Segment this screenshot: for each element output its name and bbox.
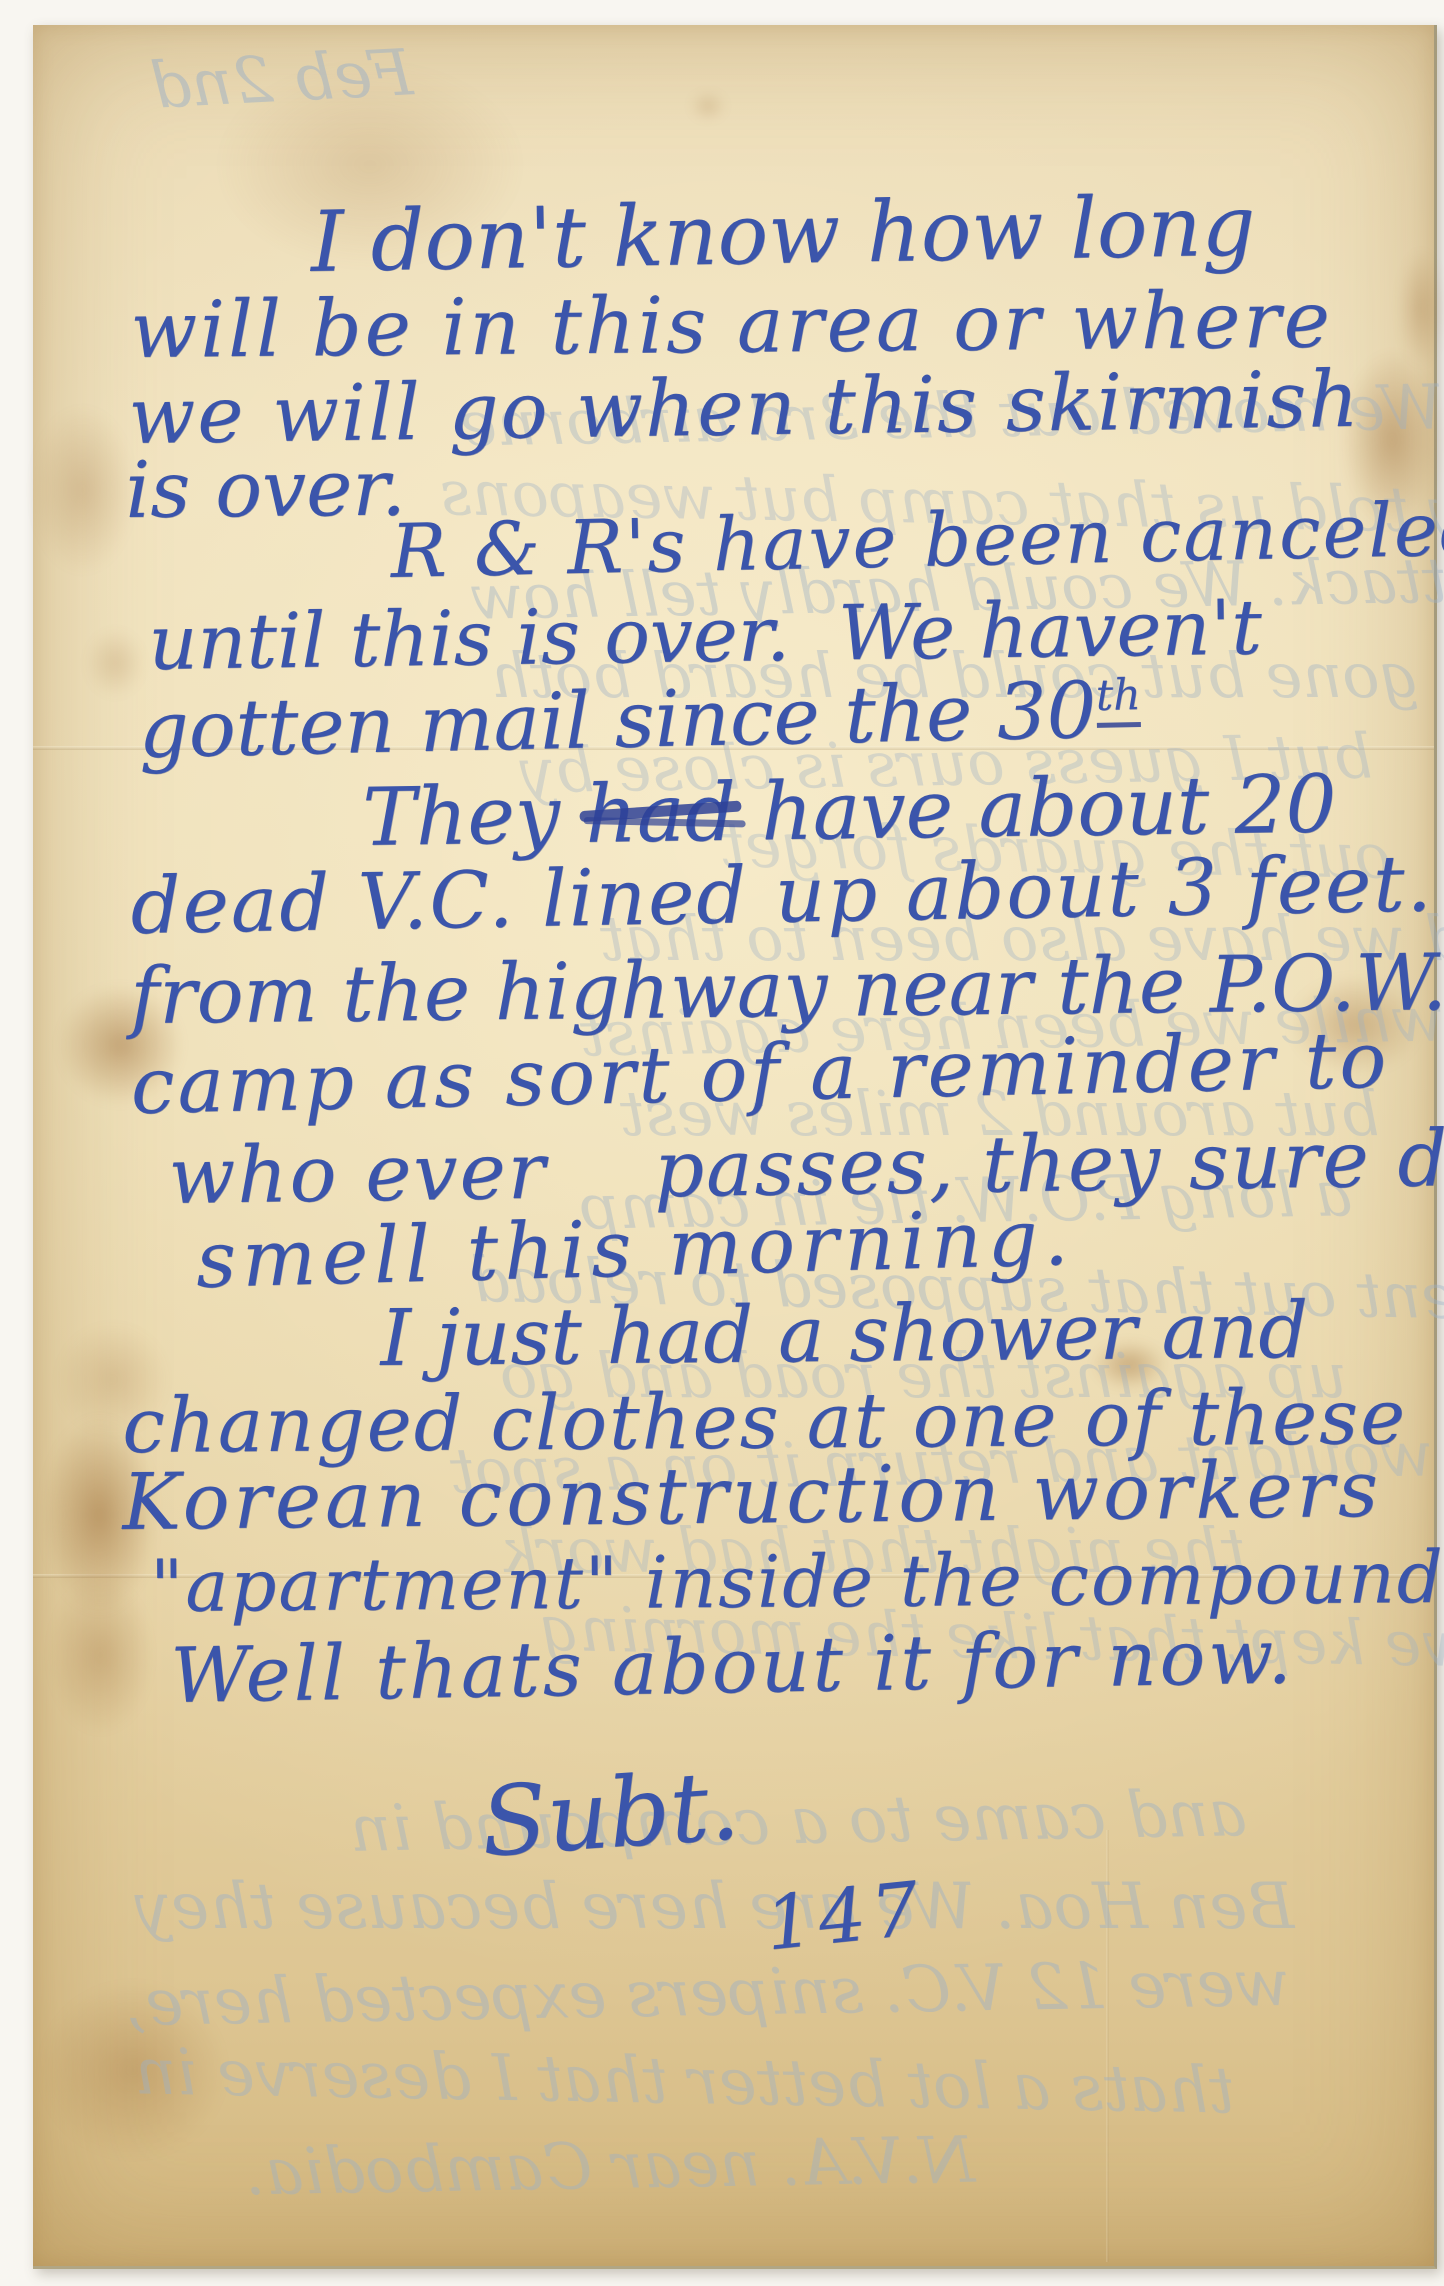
handwritten-line-18: Well thats about it for now. bbox=[170, 1618, 1295, 1714]
handwritten-line-16: Korean construction workers bbox=[122, 1451, 1382, 1542]
bleedthrough-line: Ben Hoa. We are here because they bbox=[135, 1875, 1294, 1939]
signature: Subt. bbox=[478, 1757, 742, 1871]
stain bbox=[690, 92, 726, 120]
bleedthrough-date: Feb 2nd bbox=[149, 41, 415, 119]
line-8-pre: They bbox=[362, 768, 586, 864]
handwritten-line-1: I don't know how long bbox=[310, 184, 1256, 284]
ordinal-suffix: th bbox=[1095, 670, 1141, 728]
handwritten-line-14: I just had a shower and bbox=[380, 1292, 1309, 1378]
crossed-out-word: had bbox=[585, 773, 737, 855]
stain bbox=[1398, 248, 1444, 368]
handwritten-line-13: smell this morning. bbox=[195, 1199, 1075, 1300]
stain bbox=[30, 405, 135, 575]
bleedthrough-line: N.V.A. near Cambodia. bbox=[244, 2129, 975, 2206]
letter-number: 147 bbox=[762, 1871, 928, 1961]
stain bbox=[85, 628, 145, 698]
handwritten-line-3: we will go when this skirmish bbox=[128, 361, 1361, 456]
handwritten-line-17: "apartment" inside the compound. bbox=[150, 1541, 1444, 1622]
stain bbox=[48, 1575, 153, 1735]
bleedthrough-line: thats a lot better that I deserve in bbox=[135, 2040, 1236, 2123]
handwritten-line-4: is over. bbox=[125, 450, 406, 530]
handwritten-line-7: gotten mail since the 30th bbox=[138, 671, 1142, 770]
handwritten-line-9: dead V.C. lined up about 3 feet. bbox=[130, 845, 1434, 946]
bleedthrough-line: were 12 V.C. snipers expected here, bbox=[125, 1952, 1291, 2036]
handwritten-line-5: R & R's have been canceled bbox=[390, 492, 1444, 589]
